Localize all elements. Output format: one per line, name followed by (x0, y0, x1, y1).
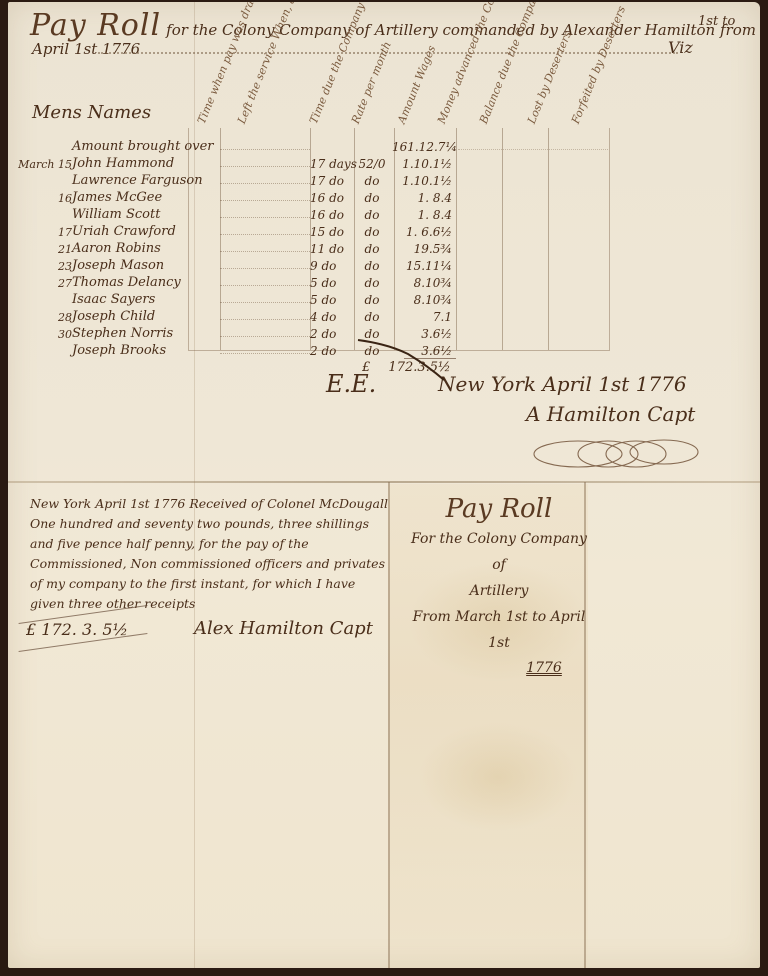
column-header: Lost by Deserters (525, 29, 575, 126)
dotted-leader (458, 149, 608, 150)
horizontal-fold (8, 481, 760, 483)
row-days: 9 do (310, 259, 336, 273)
docket-line: Artillery (404, 578, 594, 604)
document-page: Pay Roll for the Colony Company of Artil… (8, 2, 760, 968)
row-amount: 1. 8.4 (392, 208, 452, 222)
row-days: 11 do (310, 242, 344, 256)
row-name: Joseph Child (72, 309, 155, 324)
row-name: Lawrence Farguson (72, 173, 203, 188)
table-row: William Scott 16 do do 1. 8.4 (8, 206, 760, 224)
table-row: 27 Thomas Delancy 5 do do 8.10¾ (8, 274, 760, 292)
table-row: 17 Uriah Crawford 15 do do 1. 6.6½ (8, 223, 760, 241)
row-date: 23 (14, 260, 72, 273)
row-rate: do (352, 225, 392, 239)
table-row: Amount brought over 161.12.7¼ (8, 138, 760, 156)
receipt-amount: £ 172. 3. 5½ (26, 620, 128, 639)
row-date: 27 (14, 277, 72, 290)
row-name: Thomas Delancy (72, 275, 181, 290)
row-date: March 15 (14, 158, 72, 171)
dotted-leader (220, 268, 310, 269)
title-date: April 1st 1776 (32, 40, 140, 58)
row-name: Aaron Robins (72, 241, 161, 256)
row-days: 2 do (310, 327, 336, 341)
row-amount: 8.10¾ (392, 293, 452, 307)
table-row: Lawrence Farguson 17 do do 1.10.1½ (8, 172, 760, 190)
row-name: Isaac Sayers (72, 292, 155, 307)
row-rate: do (352, 276, 392, 290)
row-days: 16 do (310, 191, 344, 205)
row-days: 17 do (310, 174, 344, 188)
row-amount: 8.10¾ (392, 276, 452, 290)
dotted-leader (220, 353, 310, 354)
row-date: 17 (14, 226, 72, 239)
signature-hamilton: A Hamilton Capt (526, 402, 695, 426)
row-name: Uriah Crawford (72, 224, 176, 239)
dotted-leader (220, 319, 310, 320)
table-row: Isaac Sayers 5 do do 8.10¾ (8, 291, 760, 309)
table-row: 21 Aaron Robins 11 do do 19.5¾ (8, 240, 760, 258)
row-days: 17 days (310, 157, 357, 171)
dotted-leader (220, 183, 310, 184)
receipt-signature: Alex Hamilton Capt (194, 618, 373, 639)
row-amount: 7.1 (392, 310, 452, 324)
row-name: Amount brought over (72, 139, 214, 154)
row-days: 4 do (310, 310, 336, 324)
row-name: James McGee (72, 190, 162, 205)
receipt-text: New York April 1st 1776 Received of Colo… (30, 494, 390, 614)
docket-title: Pay Roll (404, 492, 594, 526)
dotted-leader (220, 200, 310, 201)
row-rate: do (352, 174, 392, 188)
table-row: 16 James McGee 16 do do 1. 8.4 (8, 189, 760, 207)
pen-flourish (348, 334, 458, 384)
dotted-leader (220, 302, 310, 303)
row-days: 16 do (310, 208, 344, 222)
dotted-leader (220, 336, 310, 337)
row-rate: do (352, 293, 392, 307)
row-rate: do (352, 310, 392, 324)
table-row: March 15 John Hammond 17 days 52/0 1.10.… (8, 155, 760, 173)
document-title: Pay Roll for the Colony Company of Artil… (30, 8, 760, 43)
column-header: Amount Wages (395, 44, 439, 126)
docket: Pay Roll For the Colony Company of Artil… (404, 492, 594, 680)
docket-year: 1776 (404, 656, 594, 680)
signature-place-date: New York April 1st 1776 (438, 372, 687, 396)
row-amount: 1.10.1½ (392, 174, 452, 188)
row-name: Joseph Brooks (72, 343, 166, 358)
row-amount: 161.12.7¼ (392, 140, 452, 154)
docket-line: For the Colony Company of (404, 526, 594, 578)
signature-flourish (518, 434, 718, 474)
row-rate: do (352, 208, 392, 222)
names-column-header: Mens Names (32, 102, 151, 123)
title-pay-roll: Pay Roll (30, 8, 161, 43)
row-name: William Scott (72, 207, 160, 222)
row-days: 5 do (310, 293, 336, 307)
row-name: Stephen Norris (72, 326, 173, 341)
row-days: 15 do (310, 225, 344, 239)
row-rate: do (352, 191, 392, 205)
row-rate: do (352, 259, 392, 273)
row-amount: 15.11¼ (392, 259, 452, 273)
row-amount: 19.5¾ (392, 242, 452, 256)
row-date: 16 (14, 192, 72, 205)
row-date: 30 (14, 328, 72, 341)
row-rate: 52/0 (352, 157, 392, 171)
row-days: 5 do (310, 276, 336, 290)
dotted-leader (220, 251, 310, 252)
row-amount: 1. 6.6½ (392, 225, 452, 239)
row-rate: do (352, 242, 392, 256)
docket-line: From March 1st to April 1st (404, 604, 594, 656)
dotted-leader (220, 166, 310, 167)
title-description: for the Colony Company of Artillery comm… (166, 21, 760, 39)
dotted-leader (220, 149, 310, 150)
row-amount: 1.10.1½ (392, 157, 452, 171)
title-to: 1st to (698, 14, 735, 29)
row-days: 2 do (310, 344, 336, 358)
dotted-leader (220, 285, 310, 286)
title-viz: Viz (668, 38, 693, 57)
row-name: John Hammond (72, 156, 174, 171)
row-name: Joseph Mason (72, 258, 164, 273)
dotted-leader (220, 234, 310, 235)
table-row: 23 Joseph Mason 9 do do 15.11¼ (8, 257, 760, 275)
table-row: 28 Joseph Child 4 do do 7.1 (8, 308, 760, 326)
row-amount: 1. 8.4 (392, 191, 452, 205)
row-date: 28 (14, 311, 72, 324)
dotted-leader (220, 217, 310, 218)
row-date: 21 (14, 243, 72, 256)
